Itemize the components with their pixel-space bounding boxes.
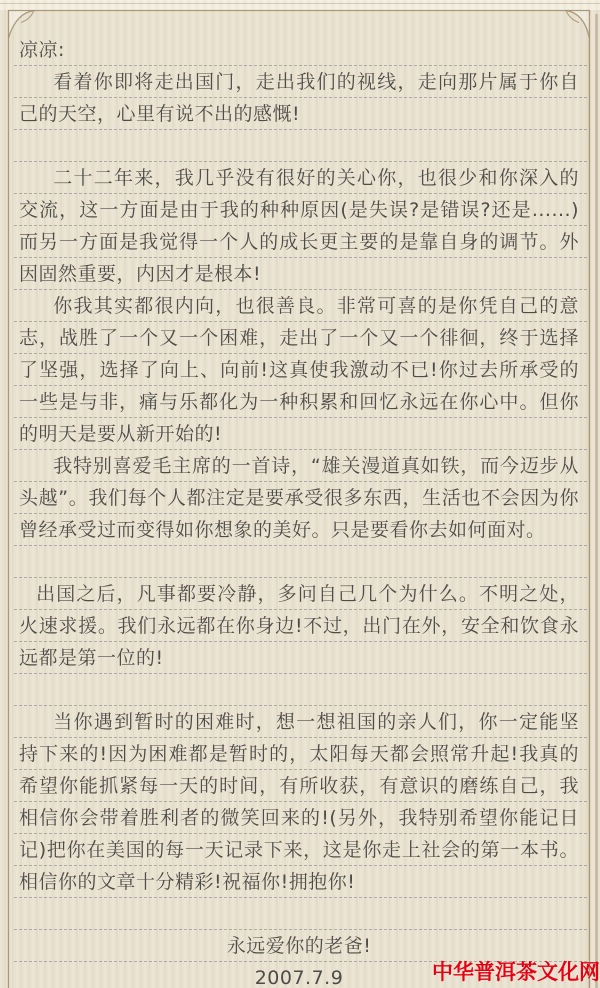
letter-paragraph: 看着你即将走出国门，走出我们的视线，走向那片属于你自己的天空，心里有说不出的感慨… — [19, 66, 579, 130]
salutation: 凉凉: — [19, 34, 579, 66]
letter-body: 凉凉: 看着你即将走出国门，走出我们的视线，走向那片属于你自己的天空，心里有说不… — [19, 34, 579, 988]
letter-paragraph: 我特别喜爱毛主席的一首诗，“雄关漫道真如铁，而今迈步从头越”。我们每个人都注定是… — [19, 450, 579, 546]
letter-page: 凉凉: 看着你即将走出国门，走出我们的视线，走向那片属于你自己的天空，心里有说不… — [0, 0, 600, 988]
site-watermark: 中华普洱茶文化网 — [432, 956, 600, 986]
letter-paragraph: 出国之后，凡事都要冷静，多问自己几个为什么。不明之处，火速求援。我们永远都在你身… — [19, 578, 579, 674]
letter-paragraph: 你我其实都很内向，也很善良。非常可喜的是你凭自己的意志，战胜了一个又一个困难，走… — [19, 290, 579, 450]
letter-paragraph: 二十二年来，我几乎没有很好的关心你，也很少和你深入的交流，这一方面是由于我的种种… — [19, 162, 579, 290]
letter-paragraph: 当你遇到暂时的困难时，想一想祖国的亲人们，你一定能坚持下来的!因为困难都是暂时的… — [19, 706, 579, 898]
